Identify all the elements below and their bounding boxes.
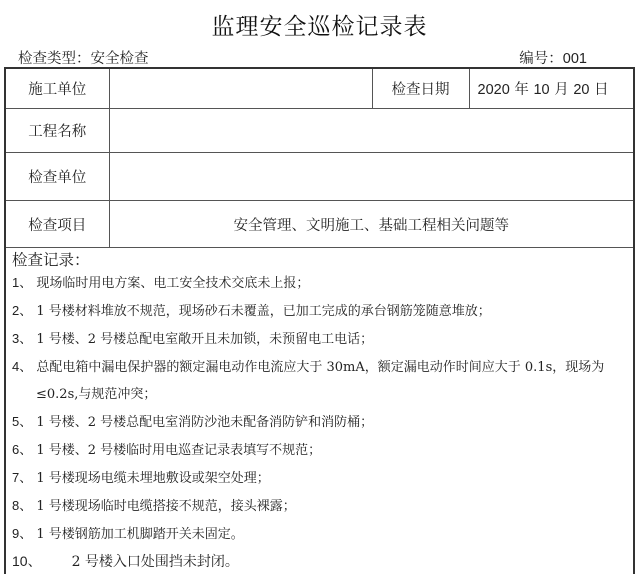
inspection-type: 检查类型：安全检查 (18, 47, 149, 68)
row-inspection-records: 检查记录： 1、 现场临时用电方案、电工安全技术交底未上报； 2、 1 号楼材料… (5, 248, 634, 574)
inspection-date-field[interactable]: 2020 年 10 月 20 日 (469, 68, 634, 109)
serial-number: 编号：001 (519, 47, 587, 68)
inspection-items-field[interactable]: 安全管理、文明施工、基础工程相关问题等 (109, 201, 634, 248)
inspection-date-label: 检查日期 (372, 68, 469, 109)
inspecting-unit-field[interactable] (109, 153, 634, 201)
record-item: 1、 现场临时用电方案、电工安全技术交底未上报； (12, 269, 633, 297)
date-month: 10 (533, 82, 549, 98)
inspection-type-value: 安全检查 (91, 51, 149, 67)
record-item: 10、2 号楼入口处围挡未封闭。 (12, 548, 633, 574)
date-year-unit: 年 (510, 82, 534, 98)
inspection-form-table: 施工单位 检查日期 2020 年 10 月 20 日 工程名称 检查单位 检查项… (4, 67, 635, 574)
row-construction-unit: 施工单位 检查日期 2020 年 10 月 20 日 (5, 68, 634, 109)
row-project-name: 工程名称 (5, 109, 634, 153)
record-item: 3、 1 号楼、2 号楼总配电室敞开且未加锁，未预留电工电话； (12, 325, 633, 353)
record-item: 5、 1 号楼、2 号楼总配电室消防沙池未配备消防铲和消防桶； (12, 408, 633, 436)
record-item: 8、 1 号楼现场临时电缆搭接不规范，接头裸露； (12, 492, 633, 520)
construction-unit-field[interactable] (109, 68, 372, 109)
row-inspecting-unit: 检查单位 (5, 153, 634, 201)
record-item: 9、 1 号楼钢筋加工机脚踏开关未固定。 (12, 520, 633, 548)
date-day-unit: 日 (589, 82, 608, 98)
records-list: 1、 现场临时用电方案、电工安全技术交底未上报； 2、 1 号楼材料堆放不规范，… (6, 269, 633, 574)
serial-value: 001 (563, 51, 587, 67)
record-item: 4、 总配电箱中漏电保护器的额定漏电动作电流应大于 30mA，额定漏电动作时间应… (12, 353, 633, 381)
date-month-unit: 月 (550, 82, 574, 98)
inspection-records-cell[interactable]: 检查记录： 1、 现场临时用电方案、电工安全技术交底未上报； 2、 1 号楼材料… (5, 248, 634, 574)
inspection-type-label: 检查类型： (18, 51, 91, 67)
document-title: 监理安全巡检记录表 (0, 8, 639, 41)
date-day: 20 (573, 82, 589, 98)
record-item: 7、 1 号楼现场电缆未埋地敷设或架空处理； (12, 464, 633, 492)
records-heading: 检查记录： (12, 251, 633, 269)
record-item: 6、 1 号楼、2 号楼临时用电巡查记录表填写不规范； (12, 436, 633, 464)
project-name-label: 工程名称 (5, 109, 109, 153)
construction-unit-label: 施工单位 (5, 68, 109, 109)
project-name-field[interactable] (109, 109, 634, 153)
serial-label: 编号： (519, 51, 563, 67)
row-inspection-items: 检查项目 安全管理、文明施工、基础工程相关问题等 (5, 201, 634, 248)
inspecting-unit-label: 检查单位 (5, 153, 109, 201)
date-year: 2020 (478, 82, 510, 98)
record-item-continuation: ≤0.2s,与规范冲突； (12, 381, 633, 408)
record-item: 2、 1 号楼材料堆放不规范，现场砂石未覆盖，已加工完成的承台钢筋笼随意堆放； (12, 297, 633, 325)
inspection-items-label: 检查项目 (5, 201, 109, 248)
